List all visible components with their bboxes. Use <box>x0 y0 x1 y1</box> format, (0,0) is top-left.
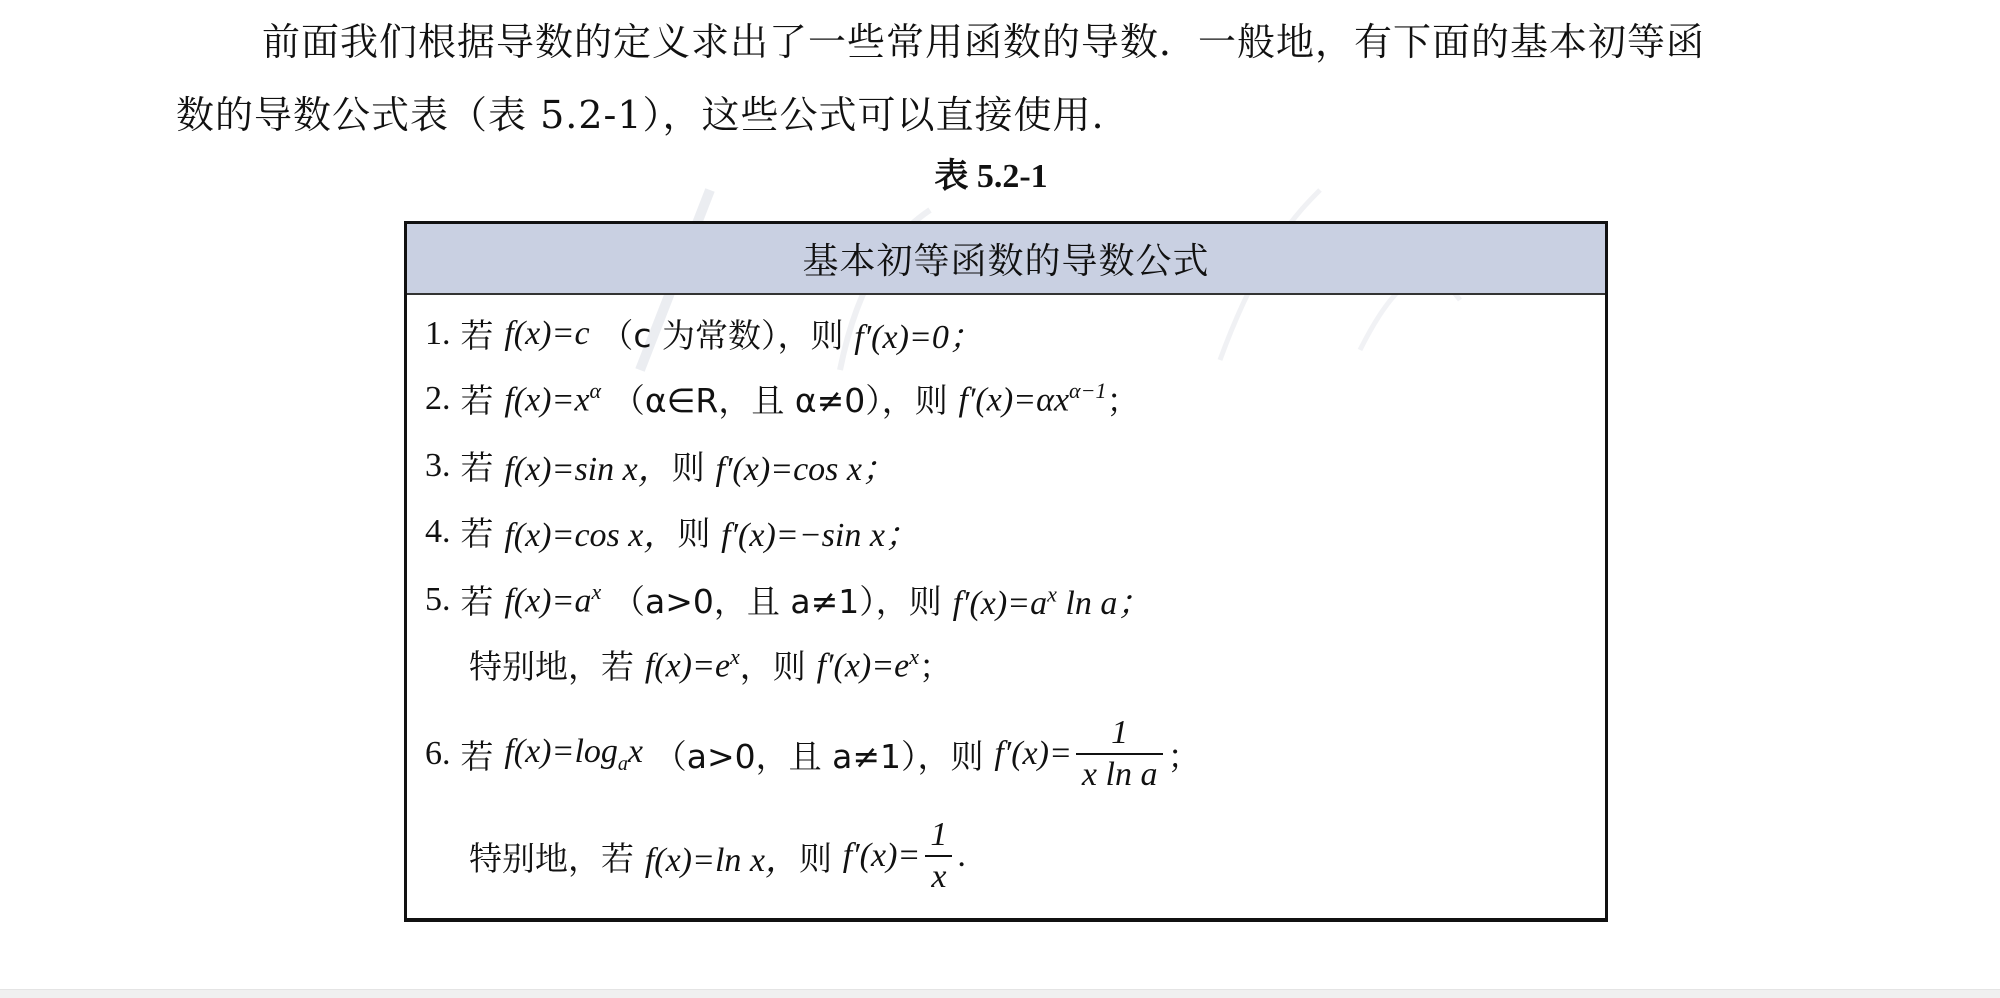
function-expr: f(x)=ax <box>504 579 601 620</box>
row-number: 4. <box>425 513 451 551</box>
derivative-expr: f′(x)=−sin x； <box>721 507 919 556</box>
special-label: 特别地， <box>469 833 601 880</box>
function-expr: f(x)=ex <box>645 644 740 685</box>
function-expr: f(x)=logax <box>504 733 643 776</box>
fraction: 1 x <box>924 815 953 897</box>
special-label: 特别地， <box>469 641 601 688</box>
table-header-title: 基本初等函数的导数公式 <box>802 233 1209 284</box>
function-base: f(x)=log <box>504 733 618 770</box>
intro-line-1: 前面我们根据导数的定义求出了一些常用函数的导数．一般地，有下面的基本初等函 <box>176 6 1856 79</box>
comma: ， <box>740 641 773 688</box>
row-number: 2. <box>425 380 451 418</box>
condition: （a>0，且 a≠1）， <box>654 731 951 778</box>
function-tail: x <box>628 733 643 770</box>
fraction-numerator: 1 <box>1105 713 1134 753</box>
then-label: 则 <box>799 833 832 880</box>
derivative-expr: f′(x)= <box>843 837 921 875</box>
then-label: 则 <box>951 731 984 778</box>
row-end: ； <box>1167 731 1200 778</box>
function-base: f(x)=a <box>504 582 591 619</box>
table-caption: 表 5.2-1 <box>0 148 2000 197</box>
if-label: 若 <box>461 508 494 555</box>
condition: （a>0，且 a≠1）， <box>612 576 909 623</box>
table-header: 基本初等函数的导数公式 <box>407 224 1605 295</box>
row-end: ； <box>919 641 952 688</box>
function-exponent: x <box>591 579 601 604</box>
derivative-base: f′(x)=αx <box>959 381 1070 418</box>
row-end: ； <box>1106 375 1139 422</box>
function-base: f(x)=e <box>645 647 730 684</box>
derivative-tail: ln a； <box>1057 585 1151 622</box>
if-label: 若 <box>601 833 634 880</box>
intro-paragraph: 前面我们根据导数的定义求出了一些常用函数的导数．一般地，有下面的基本初等函 数的… <box>176 6 1856 152</box>
function-expr: f(x)=xα <box>504 378 601 419</box>
derivative-expr: f′(x)=cos x； <box>716 441 896 490</box>
row-number: 3. <box>425 447 451 485</box>
derivative-expr: f′(x)=ex <box>817 644 919 685</box>
page-bottom-edge <box>0 989 2000 998</box>
derivative-base: f′(x)=a <box>953 585 1048 622</box>
function-base: f(x)=x <box>504 381 589 418</box>
formula-row-6-special: 特别地， 若 f(x)=ln x， 则 f′(x)= 1 x . <box>469 815 966 897</box>
if-label: 若 <box>461 731 494 778</box>
intro-line-2: 数的导数公式表（表 5.2-1），这些公式可以直接使用. <box>176 79 1856 152</box>
if-label: 若 <box>461 442 494 489</box>
derivative-expr: f′(x)= <box>994 735 1072 773</box>
then-label: 则 <box>810 310 843 357</box>
function-exponent: α <box>590 378 602 403</box>
row-number: 6. <box>425 735 451 773</box>
formula-row-5: 5. 若 f(x)=ax （a>0，且 a≠1）， 则 f′(x)=ax ln … <box>425 575 1151 624</box>
derivative-expr: f′(x)=αxα−1 <box>959 378 1107 419</box>
formula-row-3: 3. 若 f(x)=sin x， 则 f′(x)=cos x； <box>425 441 896 490</box>
fraction-denominator: x ln a <box>1076 753 1164 795</box>
function-exponent: x <box>730 644 740 669</box>
function-expr: f(x)=ln x， <box>645 832 799 881</box>
fraction-numerator: 1 <box>924 815 953 855</box>
table-caption-text: 表 5.2-1 <box>934 158 1047 195</box>
condition: （c 为常数）， <box>600 310 810 357</box>
if-label: 若 <box>461 576 494 623</box>
derivative-formula-table: 基本初等函数的导数公式 1. 若 f(x)=c （c 为常数）， 则 f′(x)… <box>404 221 1608 922</box>
fraction: 1 x ln a <box>1076 713 1164 795</box>
if-label: 若 <box>601 641 634 688</box>
formula-row-4: 4. 若 f(x)=cos x， 则 f′(x)=−sin x； <box>425 507 919 556</box>
row-end: . <box>957 837 966 875</box>
derivative-expr: f′(x)=ax ln a； <box>953 575 1152 624</box>
then-label: 则 <box>672 442 705 489</box>
then-label: 则 <box>677 508 710 555</box>
derivative-expr: f′(x)=0； <box>854 309 983 358</box>
then-label: 则 <box>773 641 806 688</box>
function-expr: f(x)=sin x， <box>504 441 671 490</box>
condition: （α∈R，且 α≠0）， <box>612 375 915 422</box>
derivative-exponent: α−1 <box>1069 378 1106 403</box>
formula-row-2: 2. 若 f(x)=xα （α∈R，且 α≠0）， 则 f′(x)=αxα−1 … <box>425 375 1139 422</box>
formula-row-6: 6. 若 f(x)=logax （a>0，且 a≠1）， 则 f′(x)= 1 … <box>425 713 1200 795</box>
if-label: 若 <box>461 310 494 357</box>
formula-row-1: 1. 若 f(x)=c （c 为常数）， 则 f′(x)=0； <box>425 309 983 358</box>
derivative-base: f′(x)=e <box>817 647 910 684</box>
row-number: 5. <box>425 581 451 619</box>
then-label: 则 <box>915 375 948 422</box>
derivative-exponent: x <box>1047 582 1057 607</box>
function-expr: f(x)=c <box>504 315 589 353</box>
function-expr: f(x)=cos x， <box>504 507 677 556</box>
if-label: 若 <box>461 375 494 422</box>
formula-row-5-special: 特别地， 若 f(x)=ex ， 则 f′(x)=ex ； <box>469 641 952 688</box>
log-base: a <box>618 752 628 774</box>
fraction-denominator: x <box>925 855 952 897</box>
then-label: 则 <box>909 576 942 623</box>
row-number: 1. <box>425 315 451 353</box>
derivative-exponent: x <box>909 644 919 669</box>
